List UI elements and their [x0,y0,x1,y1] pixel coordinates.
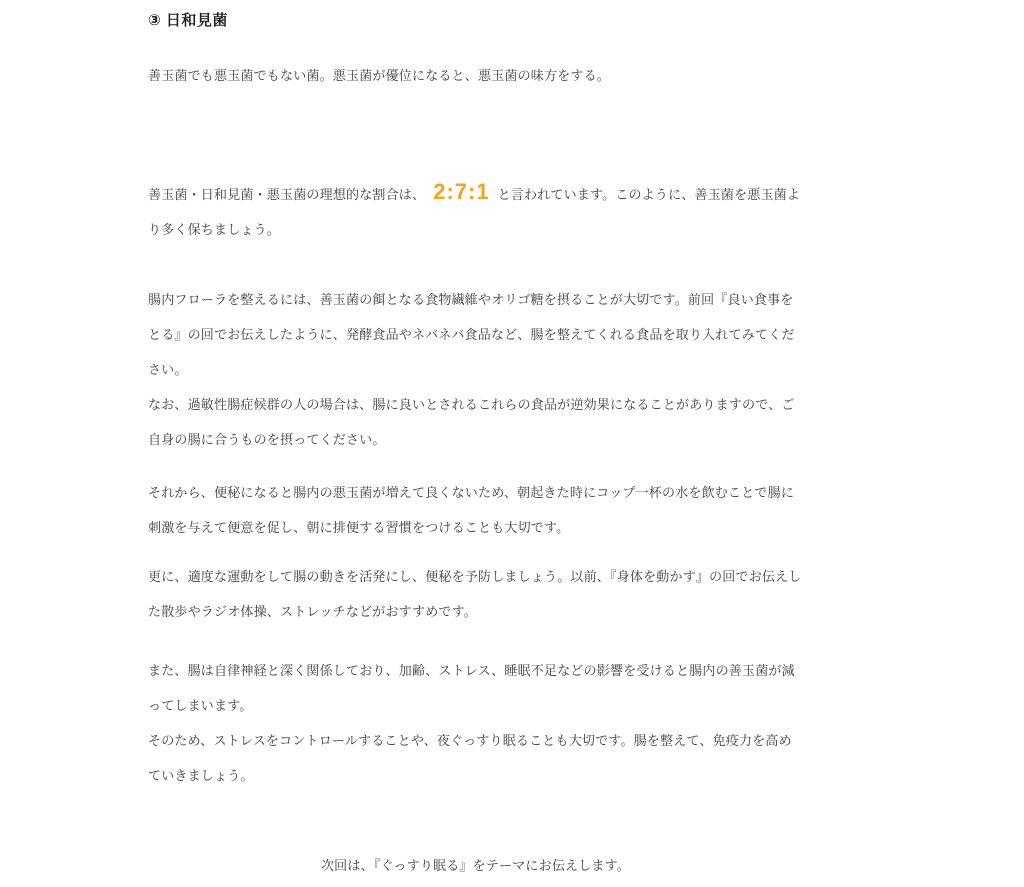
paragraph-gut-flora: 腸内フローラを整えるには、善玉菌の餌となる食物繊維やオリゴ糖を摂ることが大切です… [148,282,803,457]
ratio-text-before: 善玉菌・日和見菌・悪玉菌の理想的な割合は、 [148,187,425,202]
section-heading: ③ 日和見菌 [148,11,803,31]
paragraph-exercise: 更に、適度な運動をして腸の動きを活発にし、便秘を予防しましょう。以前、『身体を動… [148,559,803,629]
ratio-value-highlight: 2:7:1 [433,179,489,204]
intro-paragraph: 善玉菌でも悪玉菌でもない菌。悪玉菌が優位になると、悪玉菌の味方をする。 [148,58,803,93]
next-topic-note: 次回は、『ぐっすり眠る』をテーマにお伝えします。 [148,848,803,883]
paragraph-constipation: それから、便秘になると腸内の悪玉菌が増えて良くないため、朝起きた時にコップ一杯の… [148,475,803,545]
ratio-paragraph: 善玉菌・日和見菌・悪玉菌の理想的な割合は、2:7:1と言われています。このように… [148,174,803,247]
paragraph-autonomic-nerves: また、腸は自律神経と深く関係しており、加齢、ストレス、睡眠不足などの影響を受ける… [148,653,803,793]
article-section: ③ 日和見菌 善玉菌でも悪玉菌でもない菌。悪玉菌が優位になると、悪玉菌の味方をす… [148,0,803,883]
